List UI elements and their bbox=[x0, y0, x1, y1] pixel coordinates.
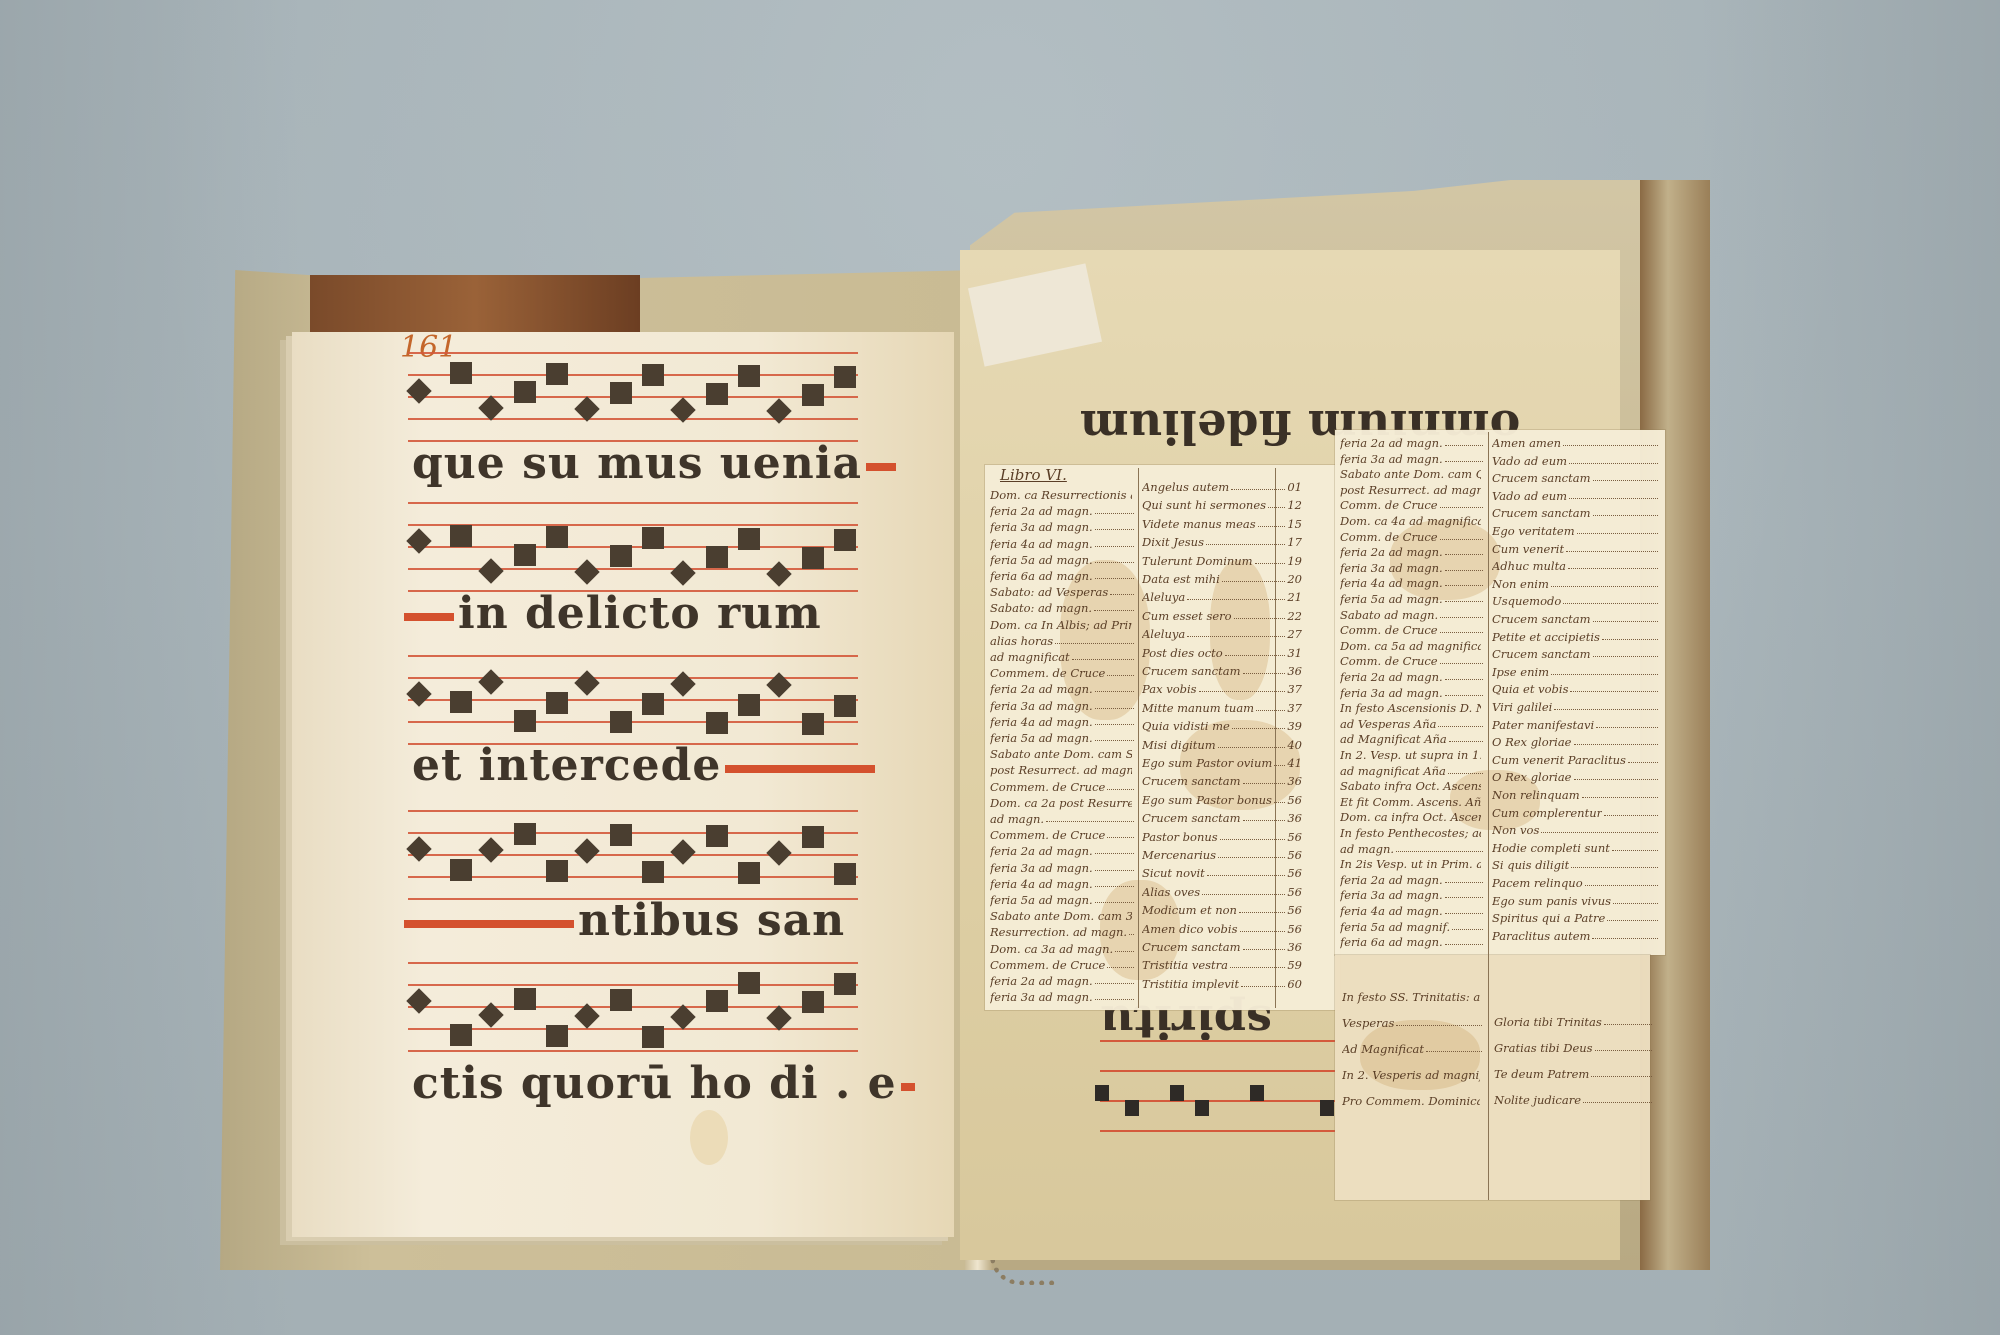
entry-text: Paraclitus autem bbox=[1492, 929, 1590, 943]
entry-text: Post dies octo bbox=[1142, 646, 1223, 660]
leader-dots bbox=[1440, 623, 1483, 633]
entry-text: Dom. ca 3a ad magn. bbox=[990, 942, 1113, 956]
staff-line bbox=[1100, 1130, 1335, 1132]
page-number: 60 bbox=[1287, 977, 1302, 991]
leader-dots bbox=[1202, 885, 1285, 895]
leader-dots bbox=[1568, 559, 1658, 569]
leader-dots bbox=[1115, 942, 1134, 952]
leader-dots bbox=[1218, 738, 1286, 748]
leader-dots bbox=[1582, 788, 1658, 798]
index-entry: feria 2a ad magn. bbox=[990, 682, 1136, 696]
leader-dots bbox=[1232, 719, 1286, 729]
neume-note bbox=[706, 990, 728, 1012]
neume-note bbox=[546, 1025, 568, 1047]
page-number: 37 bbox=[1287, 701, 1302, 715]
index-entry: feria 3a ad magn. bbox=[990, 990, 1136, 1004]
index-entry: Tristitia implevit60 bbox=[1142, 977, 1302, 991]
index-entry: Petite et accipietis bbox=[1492, 630, 1660, 644]
entry-text: Qui sunt hi sermones bbox=[1142, 498, 1266, 512]
index-entry: feria 5a ad magn. bbox=[990, 893, 1136, 907]
leader-dots bbox=[1445, 592, 1483, 602]
entry-text: Quia et vobis bbox=[1492, 682, 1568, 696]
entry-text: Ego veritatem bbox=[1492, 524, 1575, 538]
parchment-patch bbox=[690, 1110, 728, 1165]
leader-dots bbox=[1593, 612, 1659, 622]
staff-line bbox=[1100, 1040, 1335, 1042]
leader-dots bbox=[1107, 666, 1134, 676]
leader-dots bbox=[1243, 940, 1286, 950]
neume-note bbox=[642, 364, 664, 386]
staff-line bbox=[408, 854, 858, 856]
index-entry: Ego sum Pastor ovium41 bbox=[1142, 756, 1302, 770]
page-number: 36 bbox=[1287, 774, 1302, 788]
neume-note bbox=[450, 691, 472, 713]
leader-dots bbox=[1445, 935, 1483, 945]
index-entry: feria 2a ad magn. bbox=[990, 504, 1136, 518]
leader-dots bbox=[1569, 489, 1658, 499]
entry-text: Te deum Patrem bbox=[1494, 1067, 1589, 1081]
entry-text: Ego sum Pastor ovium bbox=[1142, 756, 1272, 770]
index-entry: Si quis diligit bbox=[1492, 858, 1660, 872]
entry-text: Videte manus meas bbox=[1142, 517, 1256, 531]
index-entry: Data est mihi20 bbox=[1142, 572, 1302, 586]
entry-text: ad magnificat bbox=[990, 650, 1070, 664]
leader-dots bbox=[1256, 701, 1285, 711]
entry-text: Dixit Jesus bbox=[1142, 535, 1204, 549]
index-entry: feria 2a ad magn. bbox=[1340, 545, 1485, 559]
index-entry: feria 3a ad magn. bbox=[1340, 561, 1485, 575]
leader-dots bbox=[1207, 866, 1286, 876]
neume-note bbox=[450, 362, 472, 384]
index-entry: Crucem sanctam36 bbox=[1142, 664, 1302, 678]
leader-dots bbox=[1095, 699, 1134, 709]
index-entry: feria 4a ad magn. bbox=[1340, 576, 1485, 590]
index-entry: Non enim bbox=[1492, 577, 1660, 591]
page-number: 56 bbox=[1287, 922, 1302, 936]
leader-dots bbox=[1452, 920, 1483, 930]
entry-text: Commem. de Cruce bbox=[990, 780, 1105, 794]
page-number: 56 bbox=[1287, 866, 1302, 880]
index-entry: Gloria tibi Trinitas bbox=[1494, 1015, 1654, 1029]
entry-text: Gloria tibi Trinitas bbox=[1494, 1015, 1602, 1029]
neume-note bbox=[738, 694, 760, 716]
index-entry: Sicut novit56 bbox=[1142, 866, 1302, 880]
leader-dots bbox=[1046, 812, 1134, 822]
entry-text: alias horas bbox=[990, 634, 1053, 648]
leader-dots bbox=[1445, 670, 1483, 680]
index-entry: feria 4a ad magn. bbox=[1340, 904, 1485, 918]
entry-text: Sabato ante Dom. cam 3am post bbox=[990, 909, 1132, 923]
leader-dots bbox=[1199, 682, 1286, 692]
neume-note bbox=[546, 692, 568, 714]
index-entry: Alias oves56 bbox=[1142, 885, 1302, 899]
neume-note bbox=[738, 528, 760, 550]
entry-text: feria 6a ad magn. bbox=[990, 569, 1093, 583]
leader-dots bbox=[1107, 780, 1134, 790]
leader-dots bbox=[1095, 682, 1134, 692]
leader-dots bbox=[1230, 958, 1285, 968]
leader-dots bbox=[1551, 577, 1658, 587]
entry-text: Petite et accipietis bbox=[1492, 630, 1600, 644]
index-entry: Commem. de Cruce bbox=[990, 780, 1136, 794]
entry-text: feria 3a ad magn. bbox=[990, 861, 1093, 875]
entry-text: feria 4a ad magn. bbox=[1340, 904, 1443, 918]
leader-dots bbox=[1218, 848, 1285, 858]
entry-text: Non relinquam bbox=[1492, 788, 1580, 802]
entry-text: feria 2a ad magn. bbox=[990, 974, 1093, 988]
entry-text: O Rex gloriae bbox=[1492, 770, 1572, 784]
neume-note bbox=[610, 989, 632, 1011]
leader-dots bbox=[1243, 664, 1286, 674]
leader-dots bbox=[1426, 1042, 1482, 1052]
entry-text: ad Magnificat Aña bbox=[1340, 732, 1447, 746]
entry-text: Tulerunt Dominum bbox=[1142, 554, 1253, 568]
staff-line bbox=[408, 568, 858, 570]
entry-text: Pater manifestavi bbox=[1492, 718, 1594, 732]
index-entry: Crucem sanctam36 bbox=[1142, 940, 1302, 954]
index-entry: In festo Ascensionis D. N. J. C. bbox=[1340, 701, 1485, 715]
index-entry: Sabato ante Dom. cam Secundam bbox=[990, 747, 1136, 761]
index-entry: Comm. de Cruce bbox=[1340, 623, 1485, 637]
entry-text: Sabato: ad Vesperas bbox=[990, 585, 1108, 599]
index-entry: feria 4a ad magn. bbox=[990, 537, 1136, 551]
entry-text: feria 3a ad magn. bbox=[990, 520, 1093, 534]
index-entry: Pastor bonus56 bbox=[1142, 830, 1302, 844]
leader-dots bbox=[1225, 646, 1286, 656]
neume-note bbox=[1170, 1085, 1184, 1101]
leader-dots bbox=[1243, 811, 1286, 821]
entry-text: Sabato ante Dom. cam Secundam bbox=[990, 747, 1132, 761]
neume-note bbox=[1250, 1085, 1264, 1101]
index-entry: Commem. de Cruce bbox=[990, 828, 1136, 842]
index-entry: ad magn. bbox=[990, 812, 1136, 826]
index-title: Libro VI. bbox=[1000, 466, 1067, 484]
entry-text: Viri galilei bbox=[1492, 700, 1552, 714]
neume-note bbox=[834, 863, 856, 885]
neume-note bbox=[546, 860, 568, 882]
index-entry: Pro Commem. Dominicae bbox=[1342, 1094, 1484, 1108]
neume-note bbox=[706, 383, 728, 405]
neume-note bbox=[610, 382, 632, 404]
page-number: 56 bbox=[1287, 848, 1302, 862]
leader-dots bbox=[1094, 601, 1134, 611]
lyric-line-3: et intercede bbox=[412, 740, 879, 791]
neume-note bbox=[546, 526, 568, 548]
index-entry: Ipse enim bbox=[1492, 665, 1660, 679]
index-entry: feria 3a ad magn. bbox=[1340, 452, 1485, 466]
entry-text: In festo SS. Trinitatis: ad bbox=[1342, 990, 1480, 1004]
index-entry: Gratias tibi Deus bbox=[1494, 1041, 1654, 1055]
staff-line bbox=[408, 546, 858, 548]
index-entry: Crucem sanctam bbox=[1492, 612, 1660, 626]
entry-text: Mitte manum tuam bbox=[1142, 701, 1254, 715]
staff-line bbox=[408, 962, 858, 964]
leader-dots bbox=[1220, 830, 1286, 840]
entry-text: feria 2a ad magn. bbox=[1340, 545, 1443, 559]
neume-note bbox=[514, 988, 536, 1010]
entry-text: Cum venerit Paraclitus bbox=[1492, 753, 1626, 767]
neume-note bbox=[642, 1026, 664, 1048]
leader-dots bbox=[1593, 471, 1659, 481]
entry-text: Sicut novit bbox=[1142, 866, 1205, 880]
leader-dots bbox=[1574, 770, 1659, 780]
index-entry: Crucem sanctam bbox=[1492, 647, 1660, 661]
neume-note bbox=[642, 527, 664, 549]
leader-dots bbox=[1583, 1093, 1652, 1103]
entry-text: feria 2a ad magn. bbox=[990, 844, 1093, 858]
entry-text: Aleluya bbox=[1142, 590, 1185, 604]
index-entry: feria 6a ad magn. bbox=[1340, 935, 1485, 949]
page-number: 22 bbox=[1287, 609, 1302, 623]
index-entry: alias horas bbox=[990, 634, 1136, 648]
index-entry: Cum venerit bbox=[1492, 542, 1660, 556]
neume-note bbox=[610, 824, 632, 846]
index-entry: Dom. ca 3a ad magn. bbox=[990, 942, 1136, 956]
page-number: 40 bbox=[1287, 738, 1302, 752]
index-entry: Amen dico vobis56 bbox=[1142, 922, 1302, 936]
neume-note bbox=[642, 861, 664, 883]
entry-text: Vesperas bbox=[1342, 1016, 1394, 1030]
index-entry: Comm. de Cruce bbox=[1340, 654, 1485, 668]
index-entry: Angelus autem01 bbox=[1142, 480, 1302, 494]
index-entry: Aleluya27 bbox=[1142, 627, 1302, 641]
entry-text: Nolite judicare bbox=[1494, 1093, 1581, 1107]
entry-text: In festo Penthecostes; ad Vesp. bbox=[1340, 826, 1481, 840]
index-entry: feria 3a ad magn. bbox=[1340, 888, 1485, 902]
index-entry: ad magnificat bbox=[990, 650, 1136, 664]
index-entry: In festo Penthecostes; ad Vesp. bbox=[1340, 826, 1485, 840]
rubric-mark bbox=[725, 765, 875, 773]
entry-text: Cum complerentur bbox=[1492, 806, 1602, 820]
leader-dots bbox=[1222, 572, 1285, 582]
leader-dots bbox=[1593, 647, 1659, 657]
page-number: 15 bbox=[1287, 517, 1302, 531]
staff-line bbox=[408, 984, 858, 986]
leader-dots bbox=[1445, 873, 1483, 883]
leader-dots bbox=[1563, 594, 1658, 604]
leader-dots bbox=[1095, 861, 1134, 871]
column-rule bbox=[1138, 468, 1139, 1008]
entry-text: Sabato ad magn. bbox=[1340, 608, 1438, 622]
index-entry: feria 2a ad magn. bbox=[990, 974, 1136, 988]
index-entry: Comm. de Cruce bbox=[1340, 530, 1485, 544]
staff-line bbox=[408, 832, 858, 834]
entry-text: Hodie completi sunt bbox=[1492, 841, 1610, 855]
index-entry: ad Vesperas Aña bbox=[1340, 717, 1485, 731]
entry-text: Non vos bbox=[1492, 823, 1539, 837]
neume-note bbox=[450, 859, 472, 881]
index-entry: Crucem sanctam bbox=[1492, 471, 1660, 485]
index-entry: ad Magnificat Aña bbox=[1340, 732, 1485, 746]
neume-note bbox=[802, 713, 824, 735]
index-entry: Crucem sanctam36 bbox=[1142, 774, 1302, 788]
entry-text: Commem. de Cruce bbox=[990, 828, 1105, 842]
index-entry: Paraclitus autem bbox=[1492, 929, 1660, 943]
leader-dots bbox=[1593, 506, 1659, 516]
index-entry: Cum esset sero22 bbox=[1142, 609, 1302, 623]
neume-note bbox=[706, 546, 728, 568]
index-entry: Ego sum Pastor bonus56 bbox=[1142, 793, 1302, 807]
entry-text: Dom. ca 2a post Resurrection. bbox=[990, 796, 1132, 810]
leader-dots bbox=[1095, 504, 1134, 514]
entry-text: Comm. de Cruce bbox=[1340, 654, 1438, 668]
neume-note bbox=[834, 529, 856, 551]
index-entry: Aleluya21 bbox=[1142, 590, 1302, 604]
index-entry: ad magn. bbox=[1340, 842, 1485, 856]
entry-text: Data est mihi bbox=[1142, 572, 1220, 586]
leader-dots bbox=[1095, 553, 1134, 563]
leader-dots bbox=[1274, 756, 1285, 766]
index-entry: Dom. ca 4a ad magnificat bbox=[1340, 514, 1485, 528]
leader-dots bbox=[1095, 974, 1134, 984]
entry-text: Tristitia vestra bbox=[1142, 958, 1228, 972]
index-entry: Modicum et non56 bbox=[1142, 903, 1302, 917]
entry-text: feria 3a ad magn. bbox=[990, 699, 1093, 713]
index-entry: Et fit Comm. Ascens. Aña bbox=[1340, 795, 1485, 809]
entry-text: feria 3a ad magn. bbox=[1340, 561, 1443, 575]
entry-text: Ego sum Pastor bonus bbox=[1142, 793, 1272, 807]
page-number: 21 bbox=[1287, 590, 1302, 604]
entry-text: Amen amen bbox=[1492, 436, 1561, 450]
leader-dots bbox=[1445, 561, 1483, 571]
index-entry: Viri galilei bbox=[1492, 700, 1660, 714]
index-entry: Non vos bbox=[1492, 823, 1660, 837]
entry-text: Dom. ca In Albis; ad Primamet bbox=[990, 618, 1132, 632]
index-entry: feria 2a ad magn. bbox=[1340, 436, 1485, 450]
staff-line bbox=[408, 502, 858, 504]
neume-note bbox=[1320, 1100, 1334, 1116]
entry-text: Gratias tibi Deus bbox=[1494, 1041, 1593, 1055]
entry-text: feria 3a ad magn. bbox=[1340, 452, 1443, 466]
neume-note bbox=[738, 862, 760, 884]
index-entry: Misi digitum40 bbox=[1142, 738, 1302, 752]
entry-text: feria 2a ad magn. bbox=[990, 504, 1093, 518]
entry-text: Crucem sanctam bbox=[1492, 471, 1591, 485]
index-entry: Sabato: ad magn. bbox=[990, 601, 1136, 615]
neume-note bbox=[834, 973, 856, 995]
index-entry: Ego sum panis vivus bbox=[1492, 894, 1660, 908]
index-entry: feria 2a ad magn. bbox=[1340, 670, 1485, 684]
entry-text: post Resurrect. ad magnificat bbox=[990, 763, 1132, 777]
leader-dots bbox=[1440, 530, 1483, 540]
column-rule bbox=[1488, 432, 1489, 1200]
entry-text: Crucem sanctam bbox=[1492, 506, 1591, 520]
index-entry: feria 3a ad magn. bbox=[990, 699, 1136, 713]
index-entry: Quia vidisti me39 bbox=[1142, 719, 1302, 733]
entry-text: Modicum et non bbox=[1142, 903, 1237, 917]
index-entry: Mitte manum tuam37 bbox=[1142, 701, 1302, 715]
staff-line bbox=[408, 655, 858, 657]
leader-dots bbox=[1438, 717, 1483, 727]
index-entry: Amen amen bbox=[1492, 436, 1660, 450]
leader-dots bbox=[1449, 732, 1483, 742]
entry-text: feria 4a ad magn. bbox=[990, 877, 1093, 891]
entry-text: feria 5a ad magnif. bbox=[1340, 920, 1450, 934]
neume-note bbox=[802, 547, 824, 569]
neume-note bbox=[802, 384, 824, 406]
page-number: 56 bbox=[1287, 793, 1302, 807]
index-entry: Sabato ante Dom. cam 3am post bbox=[990, 909, 1136, 923]
entry-text: ad magn. bbox=[1340, 842, 1394, 856]
leader-dots bbox=[1445, 686, 1483, 696]
index-entry: Adhuc multa bbox=[1492, 559, 1660, 573]
entry-text: Et fit Comm. Ascens. Aña bbox=[1340, 795, 1481, 809]
leader-dots bbox=[1055, 634, 1134, 644]
entry-text: In 2. Vesp. ut supra in 1. Vesp. bbox=[1340, 748, 1481, 762]
index-entry: Resurrection. ad magn. bbox=[990, 925, 1136, 939]
index-entry: Post dies octo31 bbox=[1142, 646, 1302, 660]
index-entry: Te deum Patrem bbox=[1494, 1067, 1654, 1081]
neume-note bbox=[834, 695, 856, 717]
leader-dots bbox=[1095, 844, 1134, 854]
neume-note bbox=[802, 826, 824, 848]
index-entry: Crucem sanctam bbox=[1492, 506, 1660, 520]
index-entry: feria 4a ad magn. bbox=[990, 877, 1136, 891]
page-number: 36 bbox=[1287, 940, 1302, 954]
leader-dots bbox=[1585, 876, 1658, 886]
leader-dots bbox=[1187, 590, 1285, 600]
leader-dots bbox=[1396, 842, 1483, 852]
entry-text: Pastor bonus bbox=[1142, 830, 1218, 844]
index-entry: feria 5a ad magn. bbox=[1340, 592, 1485, 606]
folio-number: 161 bbox=[400, 330, 457, 365]
entry-text: Si quis diligit bbox=[1492, 858, 1569, 872]
lyric-line-4: ntibus san bbox=[400, 895, 845, 946]
leader-dots bbox=[1448, 764, 1483, 774]
index-entry: In 2. Vesp. ut supra in 1. Vesp. bbox=[1340, 748, 1485, 762]
entry-text: Cum venerit bbox=[1492, 542, 1564, 556]
index-entry: feria 2a ad magn. bbox=[1340, 873, 1485, 887]
leader-dots bbox=[1268, 498, 1285, 508]
leader-dots bbox=[1107, 828, 1134, 838]
neume-note bbox=[706, 712, 728, 734]
index-entry: Dom. ca In Albis; ad Primamet bbox=[990, 618, 1136, 632]
staff-line bbox=[408, 374, 858, 376]
page-number: 56 bbox=[1287, 830, 1302, 844]
page-number: 36 bbox=[1287, 664, 1302, 678]
index-entry: Commem. de Cruce bbox=[990, 666, 1136, 680]
index-entry: Cum venerit Paraclitus bbox=[1492, 753, 1660, 767]
index-entry: Usquemodo bbox=[1492, 594, 1660, 608]
index-entry: In festo SS. Trinitatis: ad bbox=[1342, 990, 1484, 1004]
leader-dots bbox=[1628, 753, 1658, 763]
entry-text: Vado ad eum bbox=[1492, 454, 1567, 468]
leader-dots bbox=[1095, 569, 1134, 579]
entry-text: Alias oves bbox=[1142, 885, 1200, 899]
neume-note bbox=[546, 363, 568, 385]
index-entry: Tristitia vestra59 bbox=[1142, 958, 1302, 972]
index-entry: feria 3a ad magn. bbox=[1340, 686, 1485, 700]
neume-note bbox=[514, 381, 536, 403]
page-number: 36 bbox=[1287, 811, 1302, 825]
entry-text: feria 5a ad magn. bbox=[990, 553, 1093, 567]
index-entry: Pater manifestavi bbox=[1492, 718, 1660, 732]
page-number: 27 bbox=[1287, 627, 1302, 641]
entry-text: Sabato: ad magn. bbox=[990, 601, 1092, 615]
neume-note bbox=[514, 710, 536, 732]
leader-dots bbox=[1258, 517, 1286, 527]
index-entry: ad magnificat Aña bbox=[1340, 764, 1485, 778]
index-entry: O Rex gloriae bbox=[1492, 735, 1660, 749]
entry-text: Comm. de Cruce bbox=[1340, 623, 1438, 637]
leader-dots bbox=[1129, 925, 1134, 935]
leader-dots bbox=[1607, 911, 1658, 921]
page-number: 12 bbox=[1287, 498, 1302, 512]
staff-line bbox=[408, 524, 858, 526]
neume-note bbox=[738, 972, 760, 994]
leader-dots bbox=[1554, 700, 1658, 710]
leader-dots bbox=[1571, 858, 1658, 868]
